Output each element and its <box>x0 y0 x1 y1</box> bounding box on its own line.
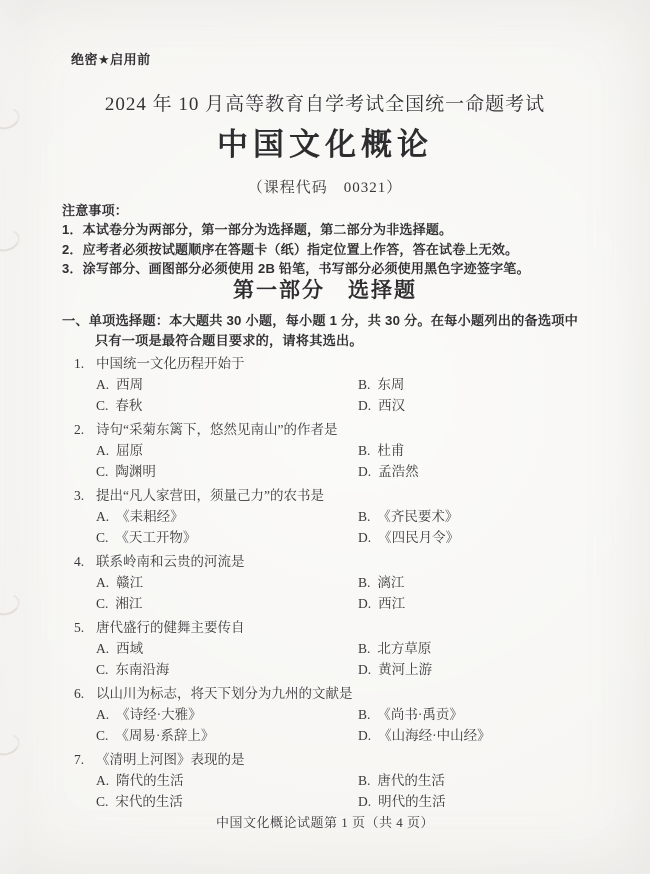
option-c-text: 陶渊明 <box>115 464 156 479</box>
option-d: D.孟浩然 <box>358 461 626 482</box>
option-d: D.西江 <box>358 593 626 614</box>
option-c: C.陶渊明 <box>96 461 358 482</box>
question-stem: 4. 联系岭南和云贵的河流是 <box>74 551 626 572</box>
option-a-label: A. <box>96 377 109 392</box>
option-b-label: B. <box>358 641 370 656</box>
option-d-label: D. <box>358 662 371 677</box>
option-a-label: A. <box>96 575 109 590</box>
option-c-label: C. <box>96 596 108 611</box>
question-text: 以山川为标志，将天下划分为九州的文献是 <box>96 683 353 704</box>
punch-hole-mark <box>0 590 23 619</box>
question-text: 《清明上河图》表现的是 <box>96 749 245 770</box>
options-row-ab: A.西周 B.东周 <box>96 374 626 395</box>
option-c-label: C. <box>96 464 108 479</box>
exam-paper-page: 绝密★启用前 2024 年 10 月高等教育自学考试全国统一命题考试 中国文化概… <box>0 0 650 874</box>
option-a: A.《诗经·大雅》 <box>96 704 358 725</box>
option-a-label: A. <box>96 443 109 458</box>
question-text: 诗句“采菊东篱下，悠然见南山”的作者是 <box>96 419 337 440</box>
option-c-label: C. <box>96 794 108 809</box>
option-b-text: 杜甫 <box>377 443 404 458</box>
option-a-text: 《诗经·大雅》 <box>116 707 202 722</box>
question-stem: 6. 以山川为标志，将天下划分为九州的文献是 <box>74 683 626 704</box>
option-a: A.西域 <box>96 638 358 659</box>
question-number: 4. <box>74 551 96 572</box>
instruction-line-2: 只有一项是最符合题目要求的，请将其选出。 <box>62 331 620 351</box>
option-c-label: C. <box>96 662 108 677</box>
option-c-text: 《周易·系辞上》 <box>115 728 214 743</box>
option-a-text: 隋代的生活 <box>116 773 184 788</box>
option-d-label: D. <box>358 464 371 479</box>
options-row-cd: C.湘江 D.西江 <box>96 593 626 614</box>
option-b: B.漓江 <box>358 572 626 593</box>
options-row-cd: C.春秋 D.西汉 <box>96 395 626 416</box>
question-4: 4. 联系岭南和云贵的河流是 A.赣江 B.漓江 C.湘江 D.西江 <box>74 551 626 614</box>
question-stem: 3. 提出“凡人家营田，须量己力”的农书是 <box>74 485 626 506</box>
option-a-text: 西周 <box>116 377 143 392</box>
option-a-label: A. <box>96 773 109 788</box>
option-a: A.《耒耜经》 <box>96 506 358 527</box>
option-c: C.东南沿海 <box>96 659 358 680</box>
option-b-text: 东周 <box>377 377 404 392</box>
question-number: 6. <box>74 683 96 704</box>
option-c-label: C. <box>96 530 108 545</box>
options-row-ab: A.《诗经·大雅》 B.《尚书·禹贡》 <box>96 704 626 725</box>
question-number: 7. <box>74 749 96 770</box>
classification-label: 绝密★启用前 <box>71 49 151 68</box>
question-3: 3. 提出“凡人家营田，须量己力”的农书是 A.《耒耜经》 B.《齐民要术》 C… <box>74 485 626 548</box>
option-c-text: 东南沿海 <box>115 662 169 677</box>
option-c: C.《天工开物》 <box>96 527 358 548</box>
option-a-label: A. <box>96 641 109 656</box>
option-c-text: 湘江 <box>115 596 142 611</box>
option-a: A.赣江 <box>96 572 358 593</box>
question-text: 唐代盛行的健舞主要传自 <box>96 617 245 638</box>
question-number: 5. <box>74 617 96 638</box>
option-a-label: A. <box>96 509 109 524</box>
option-b: B.杜甫 <box>358 440 626 461</box>
section-instruction: 一、单项选择题：本大题共 30 小题，每小题 1 分，共 30 分。在每小题列出… <box>62 311 620 350</box>
question-6: 6. 以山川为标志，将天下划分为九州的文献是 A.《诗经·大雅》 B.《尚书·禹… <box>74 683 626 746</box>
question-number: 2. <box>74 419 96 440</box>
option-b-label: B. <box>358 707 370 722</box>
notice-item-2: 2．应考者必须按试题顺序在答题卡（纸）指定位置上作答，答在试卷上无效。 <box>62 240 614 259</box>
option-d-text: 西江 <box>378 596 405 611</box>
options-row-cd: C.《天工开物》 D.《四民月令》 <box>96 527 626 548</box>
option-d: D.西汉 <box>358 395 626 416</box>
question-text: 联系岭南和云贵的河流是 <box>96 551 245 572</box>
option-d-label: D. <box>358 398 371 413</box>
option-a-text: 西域 <box>116 641 143 656</box>
options-row-cd: C.东南沿海 D.黄河上游 <box>96 659 626 680</box>
option-c-text: 宋代的生活 <box>115 794 183 809</box>
option-b-text: 《尚书·禹贡》 <box>377 707 463 722</box>
option-c-label: C. <box>96 398 108 413</box>
option-d-text: 西汉 <box>378 398 405 413</box>
option-d-label: D. <box>358 596 371 611</box>
option-a-text: 赣江 <box>116 575 143 590</box>
question-stem: 2. 诗句“采菊东篱下，悠然见南山”的作者是 <box>74 419 626 440</box>
option-c: C.宋代的生活 <box>96 791 358 812</box>
option-b-label: B. <box>358 443 370 458</box>
question-stem: 7. 《清明上河图》表现的是 <box>74 749 626 770</box>
punch-hole-mark <box>0 730 23 759</box>
options-row-cd: C.《周易·系辞上》 D.《山海经·中山经》 <box>96 725 626 746</box>
option-d-label: D. <box>358 794 371 809</box>
question-list: 1. 中国统一文化历程开始于 A.西周 B.东周 C.春秋 D.西汉 2. 诗句… <box>74 353 626 815</box>
question-text: 提出“凡人家营田，须量己力”的农书是 <box>96 485 324 506</box>
option-b: B.东周 <box>358 374 626 395</box>
notice-item-1: 1．本试卷分为两部分，第一部分为选择题，第二部分为非选择题。 <box>62 220 614 239</box>
option-b-label: B. <box>358 377 370 392</box>
option-a-text: 屈原 <box>116 443 143 458</box>
part-title: 第一部分 选择题 <box>0 274 650 304</box>
page-footer: 中国文化概论试题第 1 页（共 4 页） <box>0 812 650 831</box>
option-b-text: 北方草原 <box>377 641 431 656</box>
options-row-ab: A.西域 B.北方草原 <box>96 638 626 659</box>
question-7: 7. 《清明上河图》表现的是 A.隋代的生活 B.唐代的生活 C.宋代的生活 D… <box>74 749 626 812</box>
option-b-label: B. <box>358 773 370 788</box>
options-row-ab: A.屈原 B.杜甫 <box>96 440 626 461</box>
question-number: 1. <box>74 353 96 374</box>
option-c: C.春秋 <box>96 395 358 416</box>
punch-hole-mark <box>0 226 23 255</box>
option-c: C.《周易·系辞上》 <box>96 725 358 746</box>
option-d-text: 黄河上游 <box>378 662 432 677</box>
question-text: 中国统一文化历程开始于 <box>96 353 245 374</box>
option-b-text: 唐代的生活 <box>377 773 445 788</box>
option-a: A.西周 <box>96 374 358 395</box>
option-a: A.隋代的生活 <box>96 770 358 791</box>
option-b: B.唐代的生活 <box>358 770 626 791</box>
options-row-cd: C.宋代的生活 D.明代的生活 <box>96 791 626 812</box>
option-a-label: A. <box>96 707 109 722</box>
options-row-ab: A.隋代的生活 B.唐代的生活 <box>96 770 626 791</box>
option-c-label: C. <box>96 728 108 743</box>
option-a-text: 《耒耜经》 <box>116 509 184 524</box>
option-d: D.明代的生活 <box>358 791 626 812</box>
question-stem: 5. 唐代盛行的健舞主要传自 <box>74 617 626 638</box>
instruction-line-1: 一、单项选择题：本大题共 30 小题，每小题 1 分，共 30 分。在每小题列出… <box>62 311 620 331</box>
options-row-cd: C.陶渊明 D.孟浩然 <box>96 461 626 482</box>
option-d-text: 《山海经·中山经》 <box>378 728 491 743</box>
option-b-text: 《齐民要术》 <box>377 509 458 524</box>
exam-session-title: 2024 年 10 月高等教育自学考试全国统一命题考试 <box>0 89 650 116</box>
option-a: A.屈原 <box>96 440 358 461</box>
question-number: 3. <box>74 485 96 506</box>
question-5: 5. 唐代盛行的健舞主要传自 A.西域 B.北方草原 C.东南沿海 D.黄河上游 <box>74 617 626 680</box>
option-b: B.《尚书·禹贡》 <box>358 704 626 725</box>
question-1: 1. 中国统一文化历程开始于 A.西周 B.东周 C.春秋 D.西汉 <box>74 353 626 416</box>
exam-title: 中国文化概论 <box>0 119 650 164</box>
option-d: D.《四民月令》 <box>358 527 626 548</box>
option-b-label: B. <box>358 509 370 524</box>
option-b: B.北方草原 <box>358 638 626 659</box>
option-d-label: D. <box>358 530 371 545</box>
option-c-text: 《天工开物》 <box>115 530 196 545</box>
notice-title: 注意事项： <box>62 201 614 220</box>
question-2: 2. 诗句“采菊东篱下，悠然见南山”的作者是 A.屈原 B.杜甫 C.陶渊明 D… <box>74 419 626 482</box>
option-d-text: 《四民月令》 <box>378 530 459 545</box>
options-row-ab: A.《耒耜经》 B.《齐民要术》 <box>96 506 626 527</box>
course-code: （课程代码 00321） <box>0 176 650 197</box>
option-c: C.湘江 <box>96 593 358 614</box>
option-d-text: 明代的生活 <box>378 794 446 809</box>
option-b-label: B. <box>358 575 370 590</box>
option-d: D.黄河上游 <box>358 659 626 680</box>
option-d-label: D. <box>358 728 371 743</box>
option-d: D.《山海经·中山经》 <box>358 725 626 746</box>
options-row-ab: A.赣江 B.漓江 <box>96 572 626 593</box>
notice-section: 注意事项： 1．本试卷分为两部分，第一部分为选择题，第二部分为非选择题。 2．应… <box>62 201 614 278</box>
option-b-text: 漓江 <box>377 575 404 590</box>
option-b: B.《齐民要术》 <box>358 506 626 527</box>
option-d-text: 孟浩然 <box>378 464 419 479</box>
question-stem: 1. 中国统一文化历程开始于 <box>74 353 626 374</box>
option-c-text: 春秋 <box>115 398 142 413</box>
